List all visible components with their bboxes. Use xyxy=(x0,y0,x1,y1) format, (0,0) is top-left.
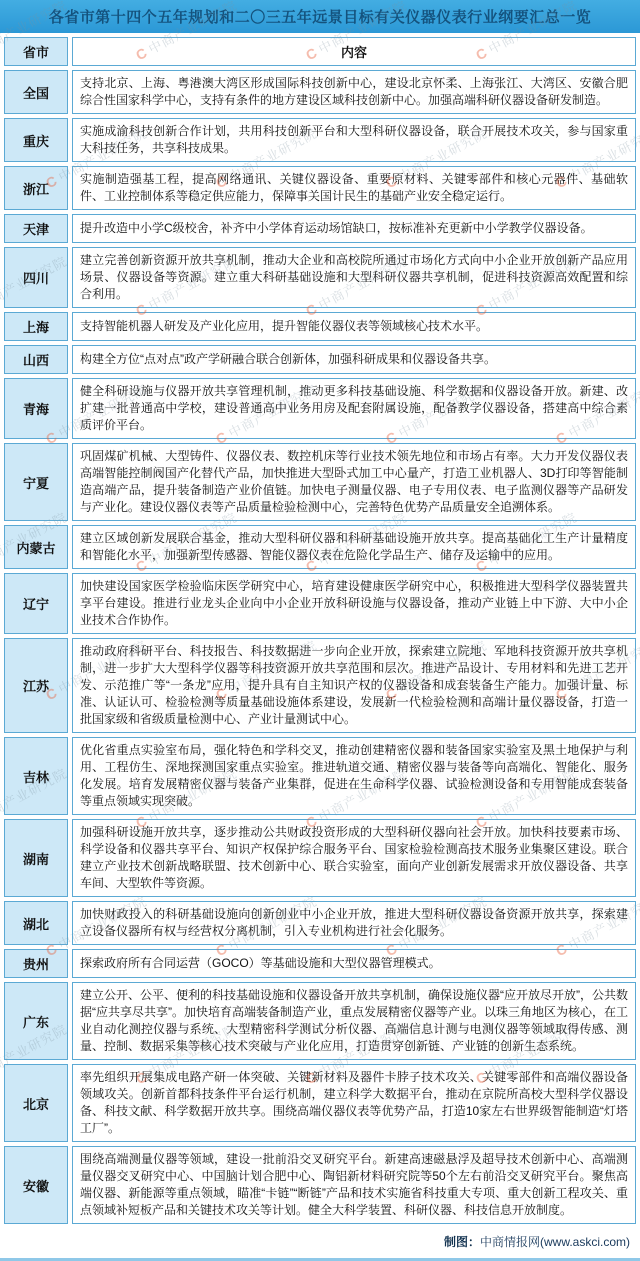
credit-label: 制图： xyxy=(444,1233,480,1250)
table-row: 浙江实施制造强基工程，提高网络通讯、关键仪器设备、重要原材料、关键零部件和核心元… xyxy=(4,166,636,210)
province-cell: 湖北 xyxy=(4,901,68,945)
header-content: 内容 xyxy=(72,37,636,66)
table-row: 北京率先组织开展集成电路产研一体突破、关键新材料及器件卡脖子技术攻关、关键零部件… xyxy=(4,1064,636,1142)
table-row: 贵州探索政府所有合同运营（GOCO）等基础设施和大型仪器管理模式。 xyxy=(4,949,636,978)
table-row: 湖南加强科研设施开放共享，逐步推动公共财政投资形成的大型科研仪器向社会开放。加快… xyxy=(4,819,636,897)
table-row: 天津提升改造中小学C级校舍，补齐中小学体育运动场馆缺口，按标准补充更新中小学教学… xyxy=(4,214,636,243)
content-cell: 支持北京、上海、粤港澳大湾区形成国际科技创新中心，建设北京怀柔、上海张江、大湾区… xyxy=(72,70,636,114)
table-row: 吉林优化省重点实验室布局，强化特色和学科交叉，推动创建精密仪器和装备国家实验室及… xyxy=(4,737,636,815)
table-row: 青海健全科研设施与仪器开放共享管理机制，推动更多科技基础设施、科学数据和仪器设备… xyxy=(4,378,636,439)
table-row: 湖北加快财政投入的科研基础设施向创新创业中小企业开放，推进大型科研仪器设备资源开… xyxy=(4,901,636,945)
content-cell: 构建全方位“点对点”政产学研融合联合创新体，加强科研成果和仪器设备共享。 xyxy=(72,345,636,374)
province-cell: 宁夏 xyxy=(4,443,68,521)
title-bar: 各省市第十四个五年规划和二〇三五年远景目标有关仪器仪表行业纲要汇总一览 xyxy=(0,0,640,33)
content-cell: 加强科研设施开放共享，逐步推动公共财政投资形成的大型科研仪器向社会开放。加快科技… xyxy=(72,819,636,897)
content-cell: 率先组织开展集成电路产研一体突破、关键新材料及器件卡脖子技术攻关、关键零部件和高… xyxy=(72,1064,636,1142)
content-cell: 探索政府所有合同运营（GOCO）等基础设施和大型仪器管理模式。 xyxy=(72,949,636,978)
table-row: 四川建立完善创新资源开放共享机制，推动大企业和高校院所通过市场化方式向中小企业开… xyxy=(4,247,636,308)
province-cell: 浙江 xyxy=(4,166,68,210)
province-cell: 天津 xyxy=(4,214,68,243)
summary-table: 省市 内容 全国支持北京、上海、粤港澳大湾区形成国际科技创新中心，建设北京怀柔、… xyxy=(0,33,640,1228)
province-cell: 上海 xyxy=(4,312,68,341)
content-cell: 建立完善创新资源开放共享机制，推动大企业和高校院所通过市场化方式向中小企业开放创… xyxy=(72,247,636,308)
content-cell: 优化省重点实验室布局，强化特色和学科交叉，推动创建精密仪器和装备国家实验室及黑土… xyxy=(72,737,636,815)
content-cell: 实施制造强基工程，提高网络通讯、关键仪器设备、重要原材料、关键零部件和核心元器件… xyxy=(72,166,636,210)
content-cell: 巩固煤矿机械、大型铸件、仪器仪表、数控机床等行业技术领先地位和市场占有率。大力开… xyxy=(72,443,636,521)
page-title: 各省市第十四个五年规划和二〇三五年远景目标有关仪器仪表行业纲要汇总一览 xyxy=(49,6,592,27)
table-body: 全国支持北京、上海、粤港澳大湾区形成国际科技创新中心，建设北京怀柔、上海张江、大… xyxy=(4,70,636,1224)
province-cell: 全国 xyxy=(4,70,68,114)
province-cell: 吉林 xyxy=(4,737,68,815)
table-row: 上海支持智能机器人研发及产业化应用，提升智能仪器仪表等领域核心技术水平。 xyxy=(4,312,636,341)
table-row: 宁夏巩固煤矿机械、大型铸件、仪器仪表、数控机床等行业技术领先地位和市场占有率。大… xyxy=(4,443,636,521)
table-row: 江苏推动政府科研平台、科技报告、科技数据进一步向企业开放，探索建立院地、军地科技… xyxy=(4,638,636,733)
province-cell: 四川 xyxy=(4,247,68,308)
content-cell: 健全科研设施与仪器开放共享管理机制，推动更多科技基础设施、科学数据和仪器设备开放… xyxy=(72,378,636,439)
province-cell: 安徽 xyxy=(4,1146,68,1224)
header-province: 省市 xyxy=(4,37,68,66)
content-cell: 实施成渝科技创新合作计划，共用科技创新平台和大型科研仪器设备，联合开展技术攻关，… xyxy=(72,118,636,162)
content-cell: 加快建设国家医学检验临床医学研究中心，培育建设健康医学研究中心，积极推进大型科学… xyxy=(72,573,636,634)
province-cell: 江苏 xyxy=(4,638,68,733)
table-row: 山西构建全方位“点对点”政产学研融合联合创新体，加强科研成果和仪器设备共享。 xyxy=(4,345,636,374)
content-cell: 建立公开、公平、便利的科技基础设施和仪器设备开放共享机制，确保设施仪器“应开放尽… xyxy=(72,982,636,1060)
province-cell: 内蒙古 xyxy=(4,525,68,569)
content-cell: 建立区域创新发展联合基金，推动大型科研仪器和科研基础设施开放共享。提高基础化工生… xyxy=(72,525,636,569)
table-row: 内蒙古建立区域创新发展联合基金，推动大型科研仪器和科研基础设施开放共享。提高基础… xyxy=(4,525,636,569)
table-header: 省市 内容 xyxy=(4,37,636,66)
province-cell: 贵州 xyxy=(4,949,68,978)
footer-bar: 制图： 中商情报网(www.askci.com) xyxy=(0,1228,640,1258)
table-row: 安徽围绕高端测量仪器等领域，建设一批前沿交叉研究平台。新建高速磁悬浮及超导技术创… xyxy=(4,1146,636,1224)
content-cell: 围绕高端测量仪器等领域，建设一批前沿交叉研究平台。新建高速磁悬浮及超导技术创新中… xyxy=(72,1146,636,1224)
province-cell: 青海 xyxy=(4,378,68,439)
content-cell: 支持智能机器人研发及产业化应用，提升智能仪器仪表等领域核心技术水平。 xyxy=(72,312,636,341)
table-row: 辽宁加快建设国家医学检验临床医学研究中心，培育建设健康医学研究中心，积极推进大型… xyxy=(4,573,636,634)
table-row: 广东建立公开、公平、便利的科技基础设施和仪器设备开放共享机制，确保设施仪器“应开… xyxy=(4,982,636,1060)
infographic-page: { "title": "各省市第十四个五年规划和二〇三五年远景目标有关仪器仪表行… xyxy=(0,0,640,1261)
content-cell: 提升改造中小学C级校舍，补齐中小学体育运动场馆缺口，按标准补充更新中小学教学仪器… xyxy=(72,214,636,243)
header-row: 省市 内容 xyxy=(4,37,636,66)
province-cell: 重庆 xyxy=(4,118,68,162)
table-row: 重庆实施成渝科技创新合作计划，共用科技创新平台和大型科研仪器设备，联合开展技术攻… xyxy=(4,118,636,162)
province-cell: 广东 xyxy=(4,982,68,1060)
province-cell: 北京 xyxy=(4,1064,68,1142)
table-row: 全国支持北京、上海、粤港澳大湾区形成国际科技创新中心，建设北京怀柔、上海张江、大… xyxy=(4,70,636,114)
province-cell: 湖南 xyxy=(4,819,68,897)
content-cell: 加快财政投入的科研基础设施向创新创业中小企业开放，推进大型科研仪器设备资源开放共… xyxy=(72,901,636,945)
content-cell: 推动政府科研平台、科技报告、科技数据进一步向企业开放，探索建立院地、军地科技资源… xyxy=(72,638,636,733)
province-cell: 辽宁 xyxy=(4,573,68,634)
province-cell: 山西 xyxy=(4,345,68,374)
credit-text: 中商情报网(www.askci.com) xyxy=(480,1233,630,1250)
